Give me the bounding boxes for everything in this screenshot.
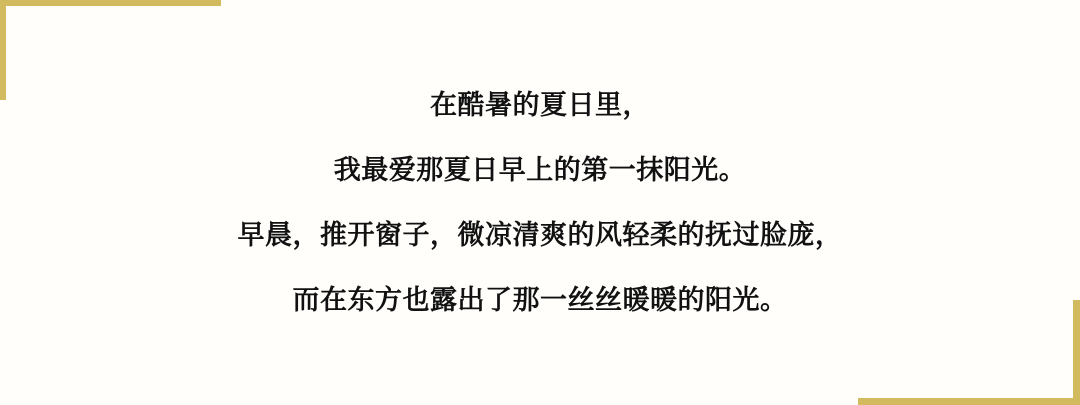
page: 在酷暑的夏日里， 我最爱那夏日早上的第一抹阳光。 早晨，推开窗子，微凉清爽的风轻… <box>0 0 1080 405</box>
poem-line-1: 在酷暑的夏日里， <box>430 73 650 138</box>
poem-line-4: 而在东方也露出了那一丝丝暖暖的阳光。 <box>293 268 788 333</box>
poem-text-block: 在酷暑的夏日里， 我最爱那夏日早上的第一抹阳光。 早晨，推开窗子，微凉清爽的风轻… <box>0 0 1080 405</box>
poem-line-3: 早晨，推开窗子，微凉清爽的风轻柔的抚过脸庞， <box>238 203 843 268</box>
poem-line-2: 我最爱那夏日早上的第一抹阳光。 <box>334 138 747 203</box>
